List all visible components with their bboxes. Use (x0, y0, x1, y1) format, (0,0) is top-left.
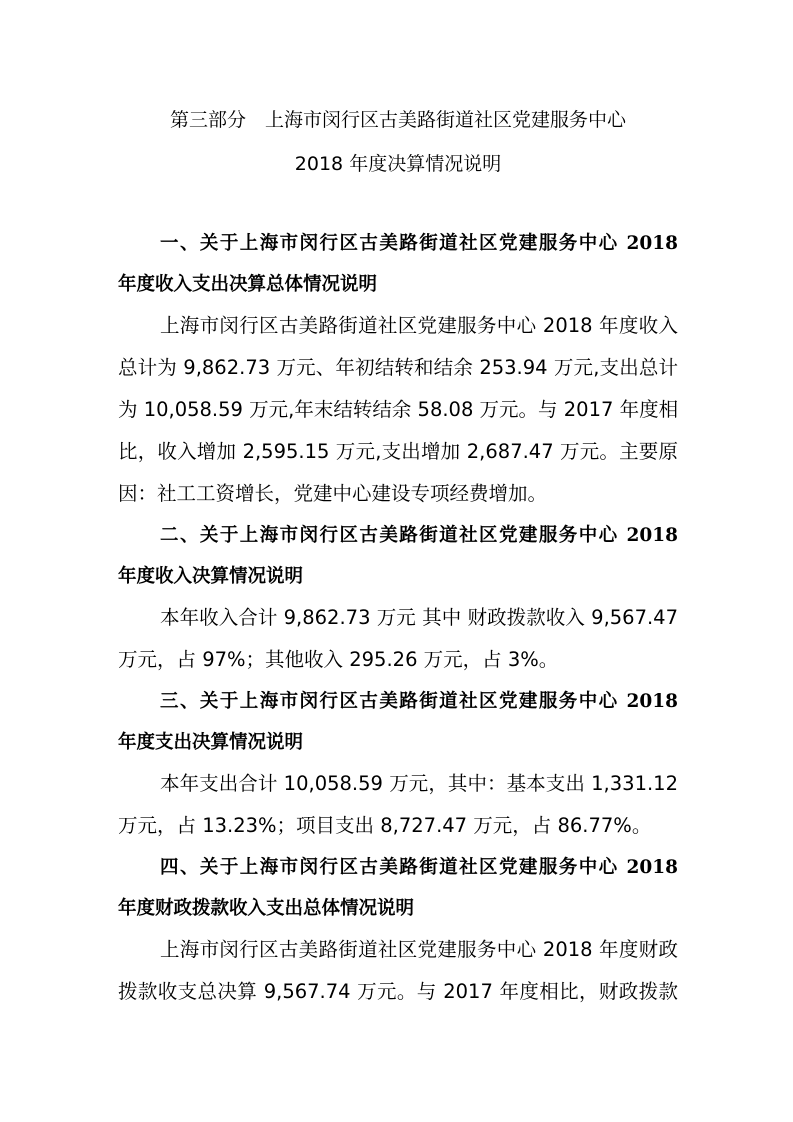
document-title-line-2: 2018 年度决算情况说明 (118, 149, 678, 176)
section-4-heading-line-2: 年度财政拨款收入支出总体情况说明 (118, 897, 678, 921)
section-2-body-line-1: 本年收入合计 9,862.73 万元 其中 财政拨款收入 9,567.47 (118, 606, 678, 630)
section-3-heading-line-2: 年度支出决算情况说明 (118, 731, 678, 755)
section-1-body-line-1: 上海市闵行区古美路街道社区党建服务中心 2018 年度收入 (118, 314, 678, 338)
section-3-heading-line-1: 三、关于上海市闵行区古美路街道社区党建服务中心 2018 (118, 690, 678, 714)
section-1-body-line-5: 因：社工工资增长，党建中心建设专项经费增加。 (118, 482, 678, 506)
section-1-body-line-2: 总计为 9,862.73 万元、年初结转和结余 253.94 万元,支出总计 (118, 356, 678, 380)
section-3-body-line-1: 本年支出合计 10,058.59 万元，其中：基本支出 1,331.12 (118, 772, 678, 796)
section-4-body-line-2: 拨款收支总决算 9,567.74 万元。与 2017 年度相比，财政拨款 (118, 980, 678, 1004)
section-1-heading-line-1: 一、关于上海市闵行区古美路街道社区党建服务中心 2018 (118, 232, 678, 256)
document-title-line-1: 第三部分 上海市闵行区古美路街道社区党建服务中心 (118, 105, 678, 132)
section-1-body-line-3: 为 10,058.59 万元,年末结转结余 58.08 万元。与 2017 年度… (118, 398, 678, 422)
section-2-heading-line-2: 年度收入决算情况说明 (118, 565, 678, 589)
section-2-body-line-2: 万元，占 97%；其他收入 295.26 万元，占 3%。 (118, 648, 678, 672)
section-4-body-line-1: 上海市闵行区古美路街道社区党建服务中心 2018 年度财政 (118, 938, 678, 962)
section-1-heading-line-2: 年度收入支出决算总体情况说明 (118, 273, 678, 297)
section-4-heading-line-1: 四、关于上海市闵行区古美路街道社区党建服务中心 2018 (118, 856, 678, 880)
section-3-body-line-2: 万元，占 13.23%；项目支出 8,727.47 万元，占 86.77%。 (118, 814, 678, 838)
section-2-heading-line-1: 二、关于上海市闵行区古美路街道社区党建服务中心 2018 (118, 524, 678, 548)
section-1-body-line-4: 比，收入增加 2,595.15 万元,支出增加 2,687.47 万元。主要原 (118, 440, 678, 464)
